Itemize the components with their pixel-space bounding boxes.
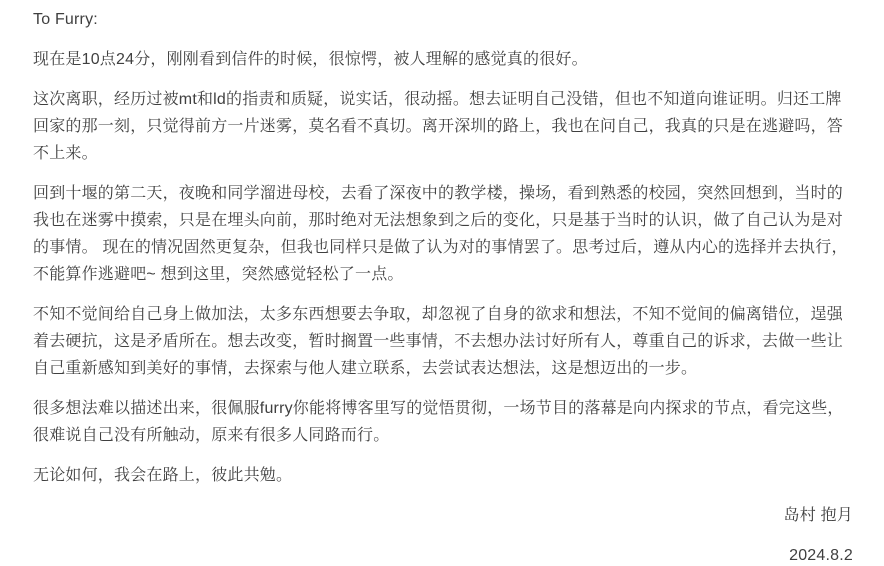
letter-signature: 岛村 抱月 bbox=[33, 502, 853, 529]
letter-paragraph: 这次离职，经历过被mt和ld的指责和质疑，说实话，很动摇。想去证明自己没错，但也… bbox=[33, 86, 853, 167]
letter-paragraph: 无论如何，我会在路上，彼此共勉。 bbox=[33, 462, 853, 489]
letter-paragraph: 很多想法难以描述出来，很佩服furry你能将博客里写的觉悟贯彻，一场节目的落幕是… bbox=[33, 395, 853, 449]
letter-salutation: To Furry: bbox=[33, 6, 853, 33]
letter-paragraph: 不知不觉间给自己身上做加法，太多东西想要去争取，却忽视了自身的欲求和想法，不知不… bbox=[33, 301, 853, 382]
letter-date: 2024.8.2 bbox=[33, 542, 853, 566]
letter-paragraph: 现在是10点24分，刚刚看到信件的时候，很惊愕，被人理解的感觉真的很好。 bbox=[33, 46, 853, 73]
letter-document: To Furry: 现在是10点24分，刚刚看到信件的时候，很惊愕，被人理解的感… bbox=[0, 0, 884, 566]
letter-paragraph: 回到十堰的第二天，夜晚和同学溜进母校，去看了深夜中的教学楼，操场，看到熟悉的校园… bbox=[33, 180, 853, 288]
